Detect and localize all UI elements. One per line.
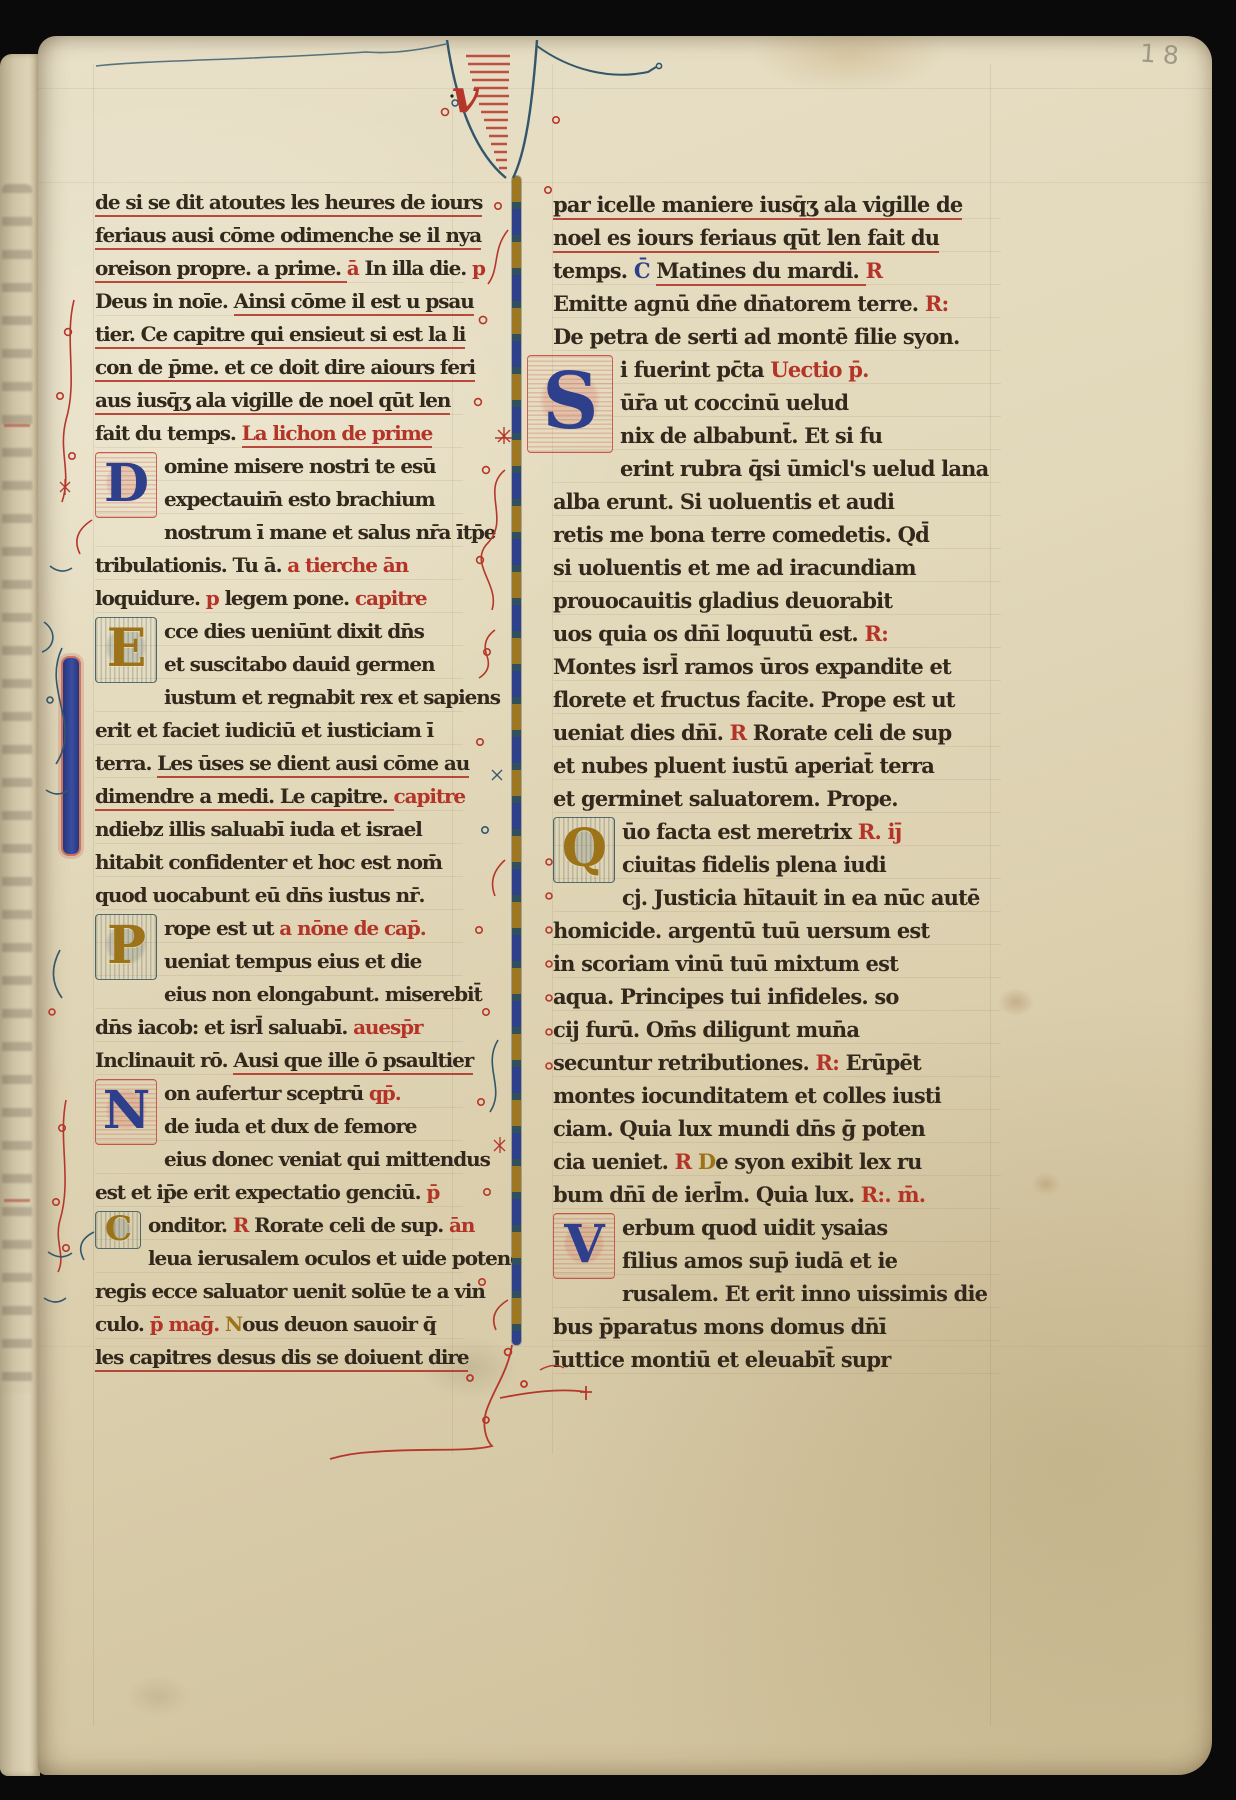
text-line: nix de albabunt̄. Et si fu bbox=[553, 419, 1001, 452]
body-text: iustum et regnabit rex et sapiens bbox=[164, 685, 500, 709]
text-line: Inclinauit rō. Ausi que ille ō psaultier bbox=[95, 1044, 463, 1077]
rubric-text: R:. m̄. bbox=[861, 1182, 926, 1207]
text-line: et nubes pluent iustū aperiat̄ terra bbox=[553, 749, 1001, 782]
text-line: secuntur retributiones. R: Erūpēt bbox=[553, 1046, 1001, 1079]
text-line: prouocauitis gladius deuorabit bbox=[553, 584, 1001, 617]
rubric-text: ān bbox=[449, 1213, 474, 1237]
text-line: Emitte agnū dn̄e dn̄atorem terre. R: bbox=[553, 287, 1001, 320]
rubric-text: Uectio p̄. bbox=[770, 357, 868, 382]
body-text: omine misere nostri te esū bbox=[164, 454, 436, 478]
body-text: Les ūses se dient ausi cōme au bbox=[157, 751, 469, 778]
illuminated-initial-I-margin bbox=[63, 658, 79, 854]
text-line: noel es iours feriaus qūt len fait du bbox=[553, 221, 1001, 254]
body-text: si uoluentis et me ad iracundiam bbox=[553, 555, 916, 580]
body-text: Erūpēt bbox=[846, 1050, 921, 1075]
text-line: homicide. argentū tuū uersum est bbox=[553, 914, 1001, 947]
rubric-text: p bbox=[472, 256, 485, 280]
ruling-horizontal bbox=[38, 182, 1212, 183]
text-line: fait du temps. La lichon de prime bbox=[95, 417, 463, 450]
body-text: culo. bbox=[95, 1312, 150, 1336]
illuminated-initial-C: C bbox=[95, 1211, 141, 1249]
text-line: feriaus ausi cōme odimenche se il nya bbox=[95, 219, 463, 252]
body-text: de iuda et dux de femore bbox=[164, 1114, 416, 1138]
body-text: homicide. argentū tuū uersum est bbox=[553, 918, 929, 943]
body-text: Inclinauit rō. bbox=[95, 1048, 233, 1072]
illuminated-initial-E: E bbox=[95, 617, 157, 683]
body-text: in scoriam vinū tuū mixtum est bbox=[553, 951, 898, 976]
text-line: regis ecce saluator uenit solūe te a vin bbox=[95, 1275, 463, 1308]
body-text: nostrum ī mane et salus nr̄a ītp̄e bbox=[164, 520, 495, 544]
text-line: De petra de serti ad montē filie syon. bbox=[553, 320, 1001, 353]
body-text: et nubes pluent iustū aperiat̄ terra bbox=[553, 753, 934, 778]
body-text: tier. Ce capitre qui ensieut si est la l… bbox=[95, 322, 465, 349]
text-line: Montes isrl̄ ramos ūros expandite et bbox=[553, 650, 1001, 683]
text-line: Verbum quod uidit ysaias bbox=[553, 1211, 1001, 1244]
body-text: uos quia os dn̄ī loquutū est. bbox=[553, 621, 864, 646]
body-text: leua ierusalem oculos et uide potenc̄ bbox=[148, 1246, 521, 1270]
body-text: rusalem. Et erit inno uissimis die bbox=[622, 1281, 987, 1306]
ruling-horizontal bbox=[38, 88, 1212, 89]
text-line: tier. Ce capitre qui ensieut si est la l… bbox=[95, 318, 463, 351]
text-line: les capitres desus dis se doiuent dire bbox=[95, 1341, 463, 1374]
text-line: quod uocabunt eū dn̄s iustus nr̄. bbox=[95, 879, 463, 912]
body-text: on aufertur sceptrū bbox=[164, 1081, 369, 1105]
body-text: dimendre a medi. Le capitre. bbox=[95, 784, 394, 811]
body-text: feriaus ausi cōme odimenche se il nya bbox=[95, 223, 481, 250]
text-line: alba erunt. Si uoluentis et audi bbox=[553, 485, 1001, 518]
body-text: erbum quod uidit ysaias bbox=[622, 1215, 887, 1240]
body-text: ueniat tempus eius et die bbox=[164, 949, 421, 973]
body-text: par icelle maniere iusq̄ʒ ala vigille de bbox=[553, 192, 962, 220]
body-text: Matines du mardi. bbox=[656, 258, 865, 286]
text-line: culo. p̄ maḡ. Nous deuon sauoir q̄ bbox=[95, 1308, 463, 1341]
text-line: est et ip̄e erit expectatio genciū. p̄ bbox=[95, 1176, 463, 1209]
body-text: et suscitabo dauid germen bbox=[164, 652, 434, 676]
text-line: retis me bona terre comedetis. Qd̄ bbox=[553, 518, 1001, 551]
rubric-text: p̄ bbox=[426, 1180, 439, 1204]
ruling-vertical bbox=[93, 64, 94, 1726]
rubric-text: p̄ maḡ. bbox=[150, 1312, 225, 1336]
body-text: bus p̄paratus mons domus dn̄ī bbox=[553, 1314, 886, 1339]
body-text: quod uocabunt eū dn̄s iustus nr̄. bbox=[95, 883, 424, 907]
text-line: oreison propre. a prime. ā In illa die. … bbox=[95, 252, 463, 285]
body-text: alba erunt. Si uoluentis et audi bbox=[553, 489, 894, 514]
text-line: tribulationis. Tu ā. a tierche ān bbox=[95, 549, 463, 582]
body-text: In illa die. bbox=[364, 256, 472, 280]
manuscript-page: 18 de si se dit atoutes les heures de io… bbox=[38, 36, 1212, 1775]
center-bar-ornament bbox=[512, 176, 521, 1345]
text-line: florete et fructus facite. Prope est ut bbox=[553, 683, 1001, 716]
illuminated-initial-Q: Q bbox=[553, 817, 615, 883]
rubric-text: R bbox=[730, 720, 753, 745]
rubric-text: R. ij̄ bbox=[858, 819, 902, 844]
text-line: si uoluentis et me ad iracundiam bbox=[553, 551, 1001, 584]
text-line: ueniat dies dn̄ī. R Rorate celi de sup bbox=[553, 716, 1001, 749]
text-line: temps. C̄ Matines du mardi. R bbox=[553, 254, 1001, 287]
illuminated-initial-N: N bbox=[95, 1079, 157, 1145]
body-text: et germinet saluatorem. Prope. bbox=[553, 786, 898, 811]
body-text: cj. Justicia hītauit in ea nūc autē bbox=[622, 885, 980, 910]
text-line: aus iusq̄ʒ ala vigille de noel qūt len bbox=[95, 384, 463, 417]
body-text: ous deuon sauoir q̄ bbox=[242, 1312, 436, 1336]
body-text: les capitres desus dis se doiuent dire bbox=[95, 1345, 468, 1372]
rubric-text: capitre bbox=[394, 784, 466, 808]
text-line: Qūo facta est meretrix R. ij̄ bbox=[553, 815, 1001, 848]
body-text: D bbox=[698, 1149, 715, 1174]
text-line: cia ueniet. R De syon exibit lex ru bbox=[553, 1145, 1001, 1178]
text-line: bus p̄paratus mons domus dn̄ī bbox=[553, 1310, 1001, 1343]
body-text: dn̄s iacob: et isrl̄ saluabī. bbox=[95, 1015, 353, 1039]
text-line: rusalem. Et erit inno uissimis die bbox=[553, 1277, 1001, 1310]
body-text: montes iocunditatem et colles iusti bbox=[553, 1083, 941, 1108]
text-line: Deus in noīe. Ainsi cōme il est u psau bbox=[95, 285, 463, 318]
body-text: erit et faciet iudiciū et iusticiam ī bbox=[95, 718, 433, 742]
body-text: aus iusq̄ʒ ala vigille de noel qūt len bbox=[95, 388, 450, 415]
text-line: terra. Les ūses se dient ausi cōme au bbox=[95, 747, 463, 780]
folio-number: 18 bbox=[1139, 38, 1187, 70]
body-text: Rorate celi de sup bbox=[753, 720, 952, 745]
text-line: īuttice montiū et eleuabīt̄ supr bbox=[553, 1343, 1001, 1376]
showthrough-text bbox=[2, 184, 32, 1394]
text-line: dimendre a medi. Le capitre. capitre bbox=[95, 780, 463, 813]
rubric-text: p bbox=[206, 586, 225, 610]
rubric-text: a tierche ān bbox=[287, 553, 408, 577]
text-line: de si se dit atoutes les heures de iours bbox=[95, 186, 463, 219]
text-line: aqua. Principes tui infideles. so bbox=[553, 980, 1001, 1013]
body-text: eius non elongabunt. miserebit̄ bbox=[164, 982, 482, 1006]
body-text: ciam. Quia lux mundi dn̄s ḡ poten bbox=[553, 1116, 925, 1141]
text-line: ciuitas fidelis plena iudi bbox=[553, 848, 1001, 881]
body-text: hitabit confidenter et hoc est nom̄ bbox=[95, 850, 442, 874]
illuminated-initial-D: D bbox=[95, 452, 157, 518]
body-text: ūr̄a ut coccinū uelud bbox=[620, 390, 848, 415]
rubric-text: qp̄. bbox=[369, 1081, 401, 1105]
text-line: dn̄s iacob: et isrl̄ saluabī. auesp̄r bbox=[95, 1011, 463, 1044]
rubric-text: a nōne de cap̄. bbox=[279, 916, 425, 940]
body-text: īuttice montiū et eleuabīt̄ supr bbox=[553, 1347, 891, 1372]
rubric-text: ā bbox=[347, 256, 365, 280]
body-text: bum dn̄ī de ierl̄m. Quia lux. bbox=[553, 1182, 861, 1207]
illuminated-initial-V: V bbox=[553, 1213, 615, 1279]
showthrough-rubric-mark bbox=[4, 1199, 30, 1202]
text-line: Si fuerint pc̄ta Uectio p̄. bbox=[553, 353, 1001, 386]
body-text: nix de albabunt̄. Et si fu bbox=[620, 423, 882, 448]
body-text: rope est ut bbox=[164, 916, 279, 940]
rubric-text: R: bbox=[864, 621, 888, 646]
body-text: secuntur retributiones. bbox=[553, 1050, 816, 1075]
text-line: ndiebz illis saluabī iuda et israel bbox=[95, 813, 463, 846]
body-text: i fuerint pc̄ta bbox=[620, 357, 770, 382]
body-text: N bbox=[225, 1312, 242, 1336]
body-text: cia ueniet. bbox=[553, 1149, 675, 1174]
body-text: terra. bbox=[95, 751, 157, 775]
body-text: Emitte agnū dn̄e dn̄atorem terre. bbox=[553, 291, 925, 316]
text-line: ciam. Quia lux mundi dn̄s ḡ poten bbox=[553, 1112, 1001, 1145]
body-text: C̄ bbox=[634, 258, 656, 283]
text-line: eius donec veniat qui mittendus bbox=[95, 1143, 463, 1176]
body-text: oreison propre. a prime. bbox=[95, 256, 347, 283]
text-line: par icelle maniere iusq̄ʒ ala vigille de bbox=[553, 188, 1001, 221]
right-text-column: par icelle maniere iusq̄ʒ ala vigille de… bbox=[553, 188, 1001, 1376]
text-line: uos quia os dn̄ī loquutū est. R: bbox=[553, 617, 1001, 650]
book-gutter-page-edges bbox=[0, 54, 40, 1776]
body-text: cce dies ueniūnt dixit dn̄s bbox=[164, 619, 424, 643]
rubric-text: R bbox=[866, 258, 883, 283]
illuminated-initial-S: S bbox=[527, 355, 613, 453]
text-line: hitabit confidenter et hoc est nom̄ bbox=[95, 846, 463, 879]
text-line: et germinet saluatorem. Prope. bbox=[553, 782, 1001, 815]
body-text: filius amos sup̄ iudā et ie bbox=[622, 1248, 897, 1273]
body-text: ūo facta est meretrix bbox=[622, 819, 858, 844]
body-text: est et ip̄e erit expectatio genciū. bbox=[95, 1180, 426, 1204]
text-line: cij furū. Om̄s diligunt mun̄a bbox=[553, 1013, 1001, 1046]
text-line: montes iocunditatem et colles iusti bbox=[553, 1079, 1001, 1112]
body-text: aqua. Principes tui infideles. so bbox=[553, 984, 899, 1009]
body-text: retis me bona terre comedetis. Qd̄ bbox=[553, 522, 929, 547]
body-text: noel es iours feriaus qūt len fait du bbox=[553, 225, 939, 253]
body-text: De petra de serti ad montē filie syon. bbox=[553, 324, 960, 349]
illuminated-initial-P: P bbox=[95, 914, 157, 980]
rubric-text: R bbox=[233, 1213, 254, 1237]
body-text: de si se dit atoutes les heures de iours bbox=[95, 190, 482, 217]
rubric-text: R bbox=[675, 1149, 698, 1174]
body-text: ndiebz illis saluabī iuda et israel bbox=[95, 817, 422, 841]
showthrough-rubric-mark bbox=[4, 424, 30, 427]
text-line: Conditor. R Rorate celi de sup. ān bbox=[95, 1209, 463, 1242]
body-text: ciuitas fidelis plena iudi bbox=[622, 852, 886, 877]
body-text: Rorate celi de sup. bbox=[254, 1213, 449, 1237]
body-text: prouocauitis gladius deuorabit bbox=[553, 588, 892, 613]
text-line: loquidure. p legem pone. capitre bbox=[95, 582, 463, 615]
body-text: ueniat dies dn̄ī. bbox=[553, 720, 730, 745]
body-text: Ausi que ille ō psaultier bbox=[233, 1048, 473, 1075]
body-text: eius donec veniat qui mittendus bbox=[164, 1147, 490, 1171]
text-line: filius amos sup̄ iudā et ie bbox=[553, 1244, 1001, 1277]
body-text: onditor. bbox=[148, 1213, 233, 1237]
text-line: ūr̄a ut coccinū uelud bbox=[553, 386, 1001, 419]
body-text: loquidure. bbox=[95, 586, 206, 610]
body-text: florete et fructus facite. Prope est ut bbox=[553, 687, 955, 712]
body-text: con de p̄me. et ce doit dire aiours feri bbox=[95, 355, 475, 382]
text-line: Domine misere nostri te esū bbox=[95, 450, 463, 483]
body-text: Deus in noīe. bbox=[95, 289, 234, 313]
body-text: Montes isrl̄ ramos ūros expandite et bbox=[553, 654, 951, 679]
body-text: temps. bbox=[553, 258, 634, 283]
text-line: nostrum ī mane et salus nr̄a ītp̄e bbox=[95, 516, 463, 549]
text-line: erit et faciet iudiciū et iusticiam ī bbox=[95, 714, 463, 747]
text-line: leua ierusalem oculos et uide potenc̄ bbox=[95, 1242, 463, 1275]
text-line: cj. Justicia hītauit in ea nūc autē bbox=[553, 881, 1001, 914]
body-text: Ainsi cōme il est u psau bbox=[234, 289, 474, 316]
rubric-text: R: bbox=[925, 291, 949, 316]
rubric-text: R: bbox=[816, 1050, 846, 1075]
body-text: expectauim̄ esto brachium bbox=[164, 487, 435, 511]
rubric-text: capitre bbox=[355, 586, 427, 610]
body-text: fait du temps. bbox=[95, 421, 242, 445]
text-line: in scoriam vinū tuū mixtum est bbox=[553, 947, 1001, 980]
text-line: Non aufertur sceptrū qp̄. bbox=[95, 1077, 463, 1110]
body-text: erint rubra q̄si ūmicl's uelud lana bbox=[620, 456, 988, 481]
left-text-column: de si se dit atoutes les heures de iours… bbox=[95, 186, 463, 1374]
text-line: eius non elongabunt. miserebit̄ bbox=[95, 978, 463, 1011]
body-text: cij furū. Om̄s diligunt mun̄a bbox=[553, 1017, 859, 1042]
body-text: tribulationis. Tu ā. bbox=[95, 553, 287, 577]
body-text: legem pone. bbox=[224, 586, 354, 610]
rubric-text: auesp̄r bbox=[353, 1015, 422, 1039]
body-text: regis ecce saluator uenit solūe te a vin bbox=[95, 1279, 485, 1303]
text-line: con de p̄me. et ce doit dire aiours feri bbox=[95, 351, 463, 384]
text-line: bum dn̄ī de ierl̄m. Quia lux. R:. m̄. bbox=[553, 1178, 1001, 1211]
rubric-text: La lichon de prime bbox=[242, 421, 433, 448]
text-line: Prope est ut a nōne de cap̄. bbox=[95, 912, 463, 945]
text-line: iustum et regnabit rex et sapiens bbox=[95, 681, 463, 714]
body-text: e syon exibit lex ru bbox=[715, 1149, 921, 1174]
text-line: erint rubra q̄si ūmicl's uelud lana bbox=[553, 452, 1001, 485]
text-line: Ecce dies ueniūnt dixit dn̄s bbox=[95, 615, 463, 648]
